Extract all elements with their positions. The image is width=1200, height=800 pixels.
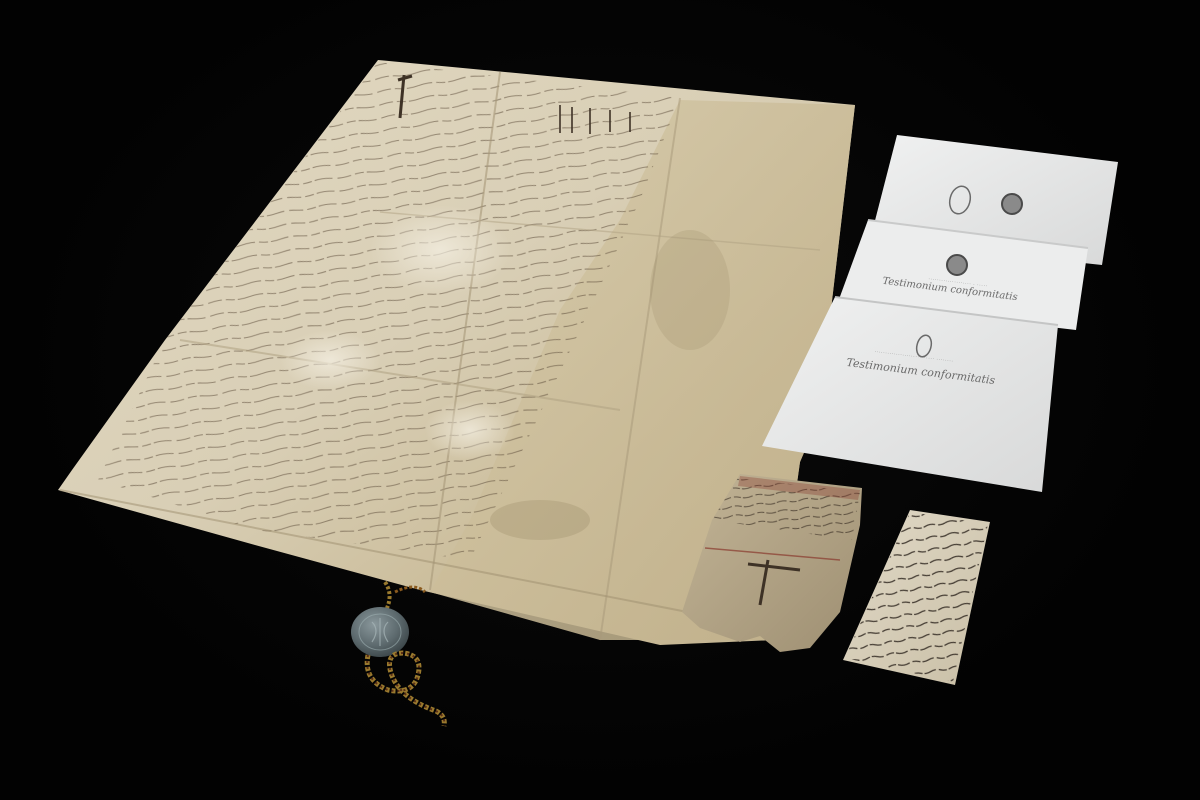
manuscript-fragment-2 (0, 0, 1200, 800)
